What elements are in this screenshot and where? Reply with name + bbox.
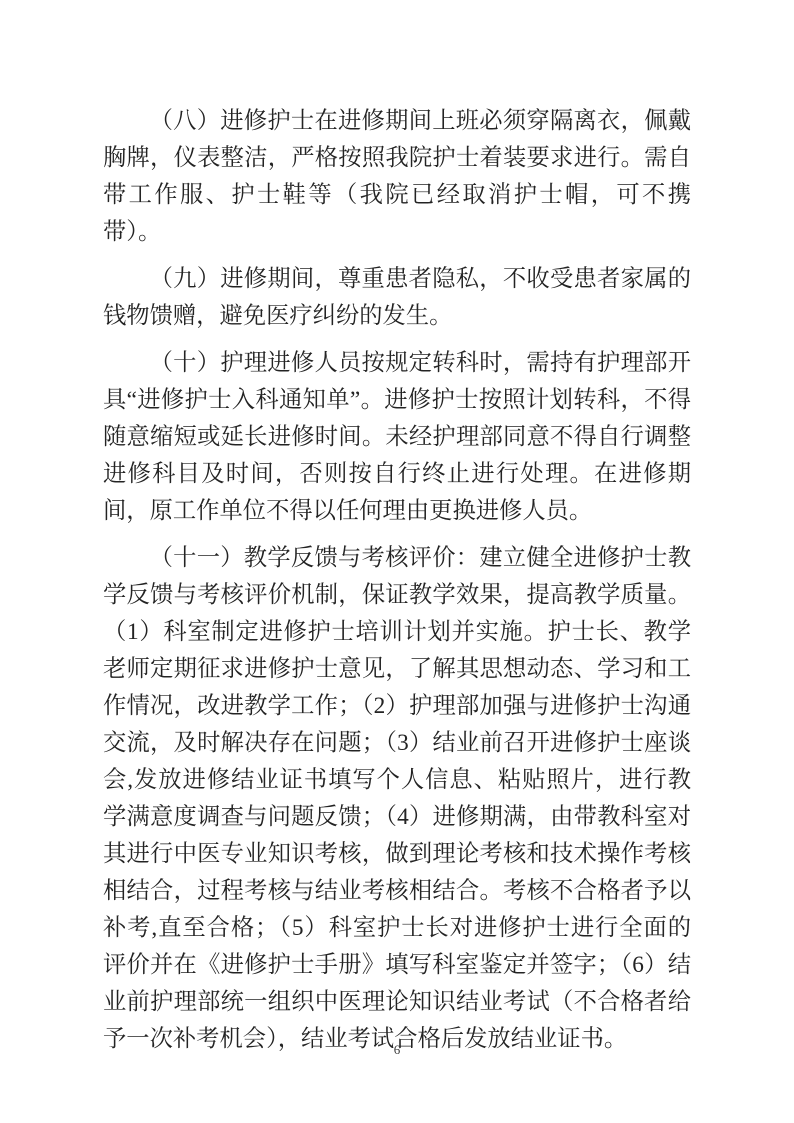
- paragraph-item-10: （十）护理进修人员按规定转科时，需持有护理部开具“进修护士入科通知单”。进修护士…: [103, 345, 691, 530]
- document-body: （八）进修护士在进修期间上班必须穿隔离衣，佩戴胸牌，仪表整洁，严格按照我院护士着…: [103, 103, 691, 1068]
- paragraph-item-9: （九）进修期间，尊重患者隐私，不收受患者家属的钱物馈赠，避免医疗纠纷的发生。: [103, 261, 691, 335]
- paragraph-item-11: （十一）教学反馈与考核评价：建立健全进修护士教学反馈与考核评价机制，保证教学效果…: [103, 540, 691, 1058]
- page-number: 6: [394, 1042, 401, 1057]
- page-footer: 6: [0, 1041, 794, 1059]
- paragraph-item-8: （八）进修护士在进修期间上班必须穿隔离衣，佩戴胸牌，仪表整洁，严格按照我院护士着…: [103, 103, 691, 251]
- document-page: （八）进修护士在进修期间上班必须穿隔离衣，佩戴胸牌，仪表整洁，严格按照我院护士着…: [0, 0, 794, 1123]
